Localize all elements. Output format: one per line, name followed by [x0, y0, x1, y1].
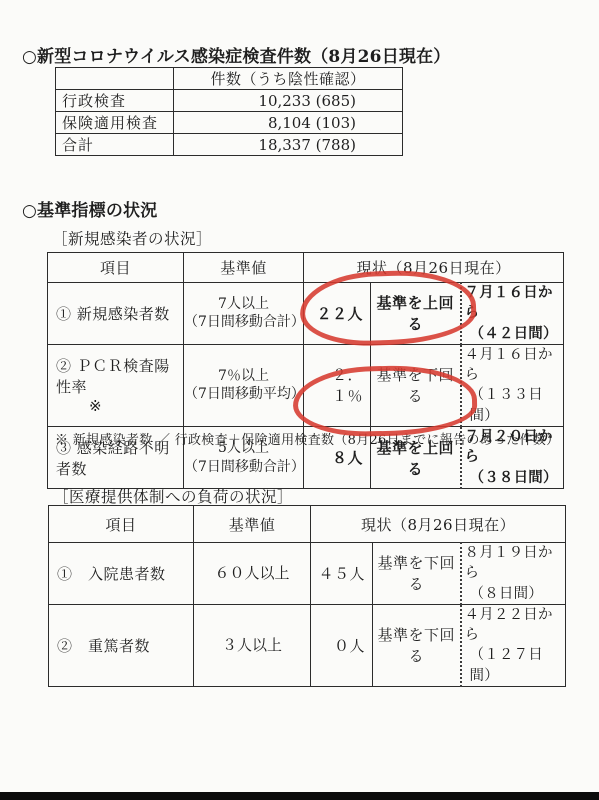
judgment-cell: 基準を上回る — [371, 283, 461, 345]
row-label: 行政検査 — [56, 90, 174, 112]
empty-corner-cell — [56, 68, 174, 90]
row-value: 10,233 (685) — [174, 90, 403, 112]
item-cell: ② ＰＣＲ検査陽性率 ※ — [48, 344, 184, 426]
judgment-cell: 基準を下回る — [373, 543, 461, 605]
standard-column-header: 基準値 — [184, 253, 304, 283]
table-row: 保険適用検査 8,104 (103) — [56, 112, 403, 134]
test-counts-table: 件数（うち陰性確認） 行政検査 10,233 (685) 保険適用検査 8,10… — [55, 67, 403, 156]
medical-load-section-label: ［医療提供体制への負荷の状況］ — [53, 485, 293, 507]
duration-cell: ８月１９日から （８日間） — [461, 543, 566, 605]
standard-cell: ６０人以上 — [194, 543, 311, 605]
test-counts-title: ○新型コロナウイルス感染症検査件数（8月26日現在） — [22, 42, 451, 67]
current-value-cell: ２２人 — [304, 283, 371, 345]
table-header-row: 件数（うち陰性確認） — [56, 68, 403, 90]
item-column-header: 項目 — [49, 506, 194, 543]
row-label: 保険適用検査 — [56, 112, 174, 134]
duration-cell: ４月２２日から （１２７日間） — [461, 604, 566, 686]
judgment-cell: 基準を下回る — [373, 604, 461, 686]
duration-cell: ７月１６日から （４２日間） — [461, 283, 564, 345]
table-row: 合計 18,337 (788) — [56, 134, 403, 156]
count-column-header: 件数（うち陰性確認） — [174, 68, 403, 90]
row-value: 8,104 (103) — [174, 112, 403, 134]
item-cell: ① 入院患者数 — [49, 543, 194, 605]
medical-load-table: 項目 基準値 現状（8月26日現在） ① 入院患者数 ６０人以上 ４５人 基準を… — [48, 505, 566, 687]
table-row-new-cases: ① 新規感染者数 7人以上 （7日間移動合計） ２２人 基準を上回る ７月１６日… — [48, 283, 564, 345]
judgment-cell: 基準を下回る — [371, 344, 461, 426]
item-label: ② ＰＣＲ検査陽性率 — [56, 355, 183, 397]
standard-column-header: 基準値 — [194, 506, 311, 543]
item-column-header: 項目 — [48, 253, 184, 283]
new-cases-section-label: ［新規感染者の状況］ — [52, 227, 212, 249]
standard-cell: 7％以上 （7日間移動平均） — [184, 344, 304, 426]
current-value-cell: ４５人 — [311, 543, 373, 605]
standard-cell: 7人以上 （7日間移動合計） — [184, 283, 304, 345]
item-label-line2: ※ — [56, 397, 183, 415]
item-cell: ② 重篤者数 — [49, 604, 194, 686]
row-label: 合計 — [56, 134, 174, 156]
indicators-title: ○基準指標の状況 — [22, 196, 157, 221]
duration-cell: ４月１６日から （１３３日間） — [461, 344, 564, 426]
row-value: 18,337 (788) — [174, 134, 403, 156]
current-value-cell: ０人 — [311, 604, 373, 686]
current-column-header: 現状（8月26日現在） — [311, 506, 566, 543]
table-row: 行政検査 10,233 (685) — [56, 90, 403, 112]
standard-cell: ３人以上 — [194, 604, 311, 686]
footnote: ※ 新規感染者数 ／ 行政検査＋保険適用検査数（8月26日までに報告のあった件数… — [55, 429, 559, 448]
table-header-row: 項目 基準値 現状（8月26日現在） — [49, 506, 566, 543]
scan-edge-bar — [0, 792, 599, 800]
scanned-document-page: ○新型コロナウイルス感染症検査件数（8月26日現在） 件数（うち陰性確認） 行政… — [0, 0, 599, 800]
current-value-cell: ２．１％ — [304, 344, 371, 426]
new-cases-table: 項目 基準値 現状（8月26日現在） ① 新規感染者数 7人以上 （7日間移動合… — [47, 252, 564, 489]
table-row-pcr-positive-rate: ② ＰＣＲ検査陽性率 ※ 7％以上 （7日間移動平均） ２．１％ 基準を下回る … — [48, 344, 564, 426]
item-cell: ① 新規感染者数 — [48, 283, 184, 345]
table-row-critical: ② 重篤者数 ３人以上 ０人 基準を下回る ４月２２日から （１２７日間） — [49, 604, 566, 686]
table-row-hospitalized: ① 入院患者数 ６０人以上 ４５人 基準を下回る ８月１９日から （８日間） — [49, 543, 566, 605]
item-label: ① 新規感染者数 — [56, 303, 183, 324]
current-column-header: 現状（8月26日現在） — [304, 253, 564, 283]
table-header-row: 項目 基準値 現状（8月26日現在） — [48, 253, 564, 283]
